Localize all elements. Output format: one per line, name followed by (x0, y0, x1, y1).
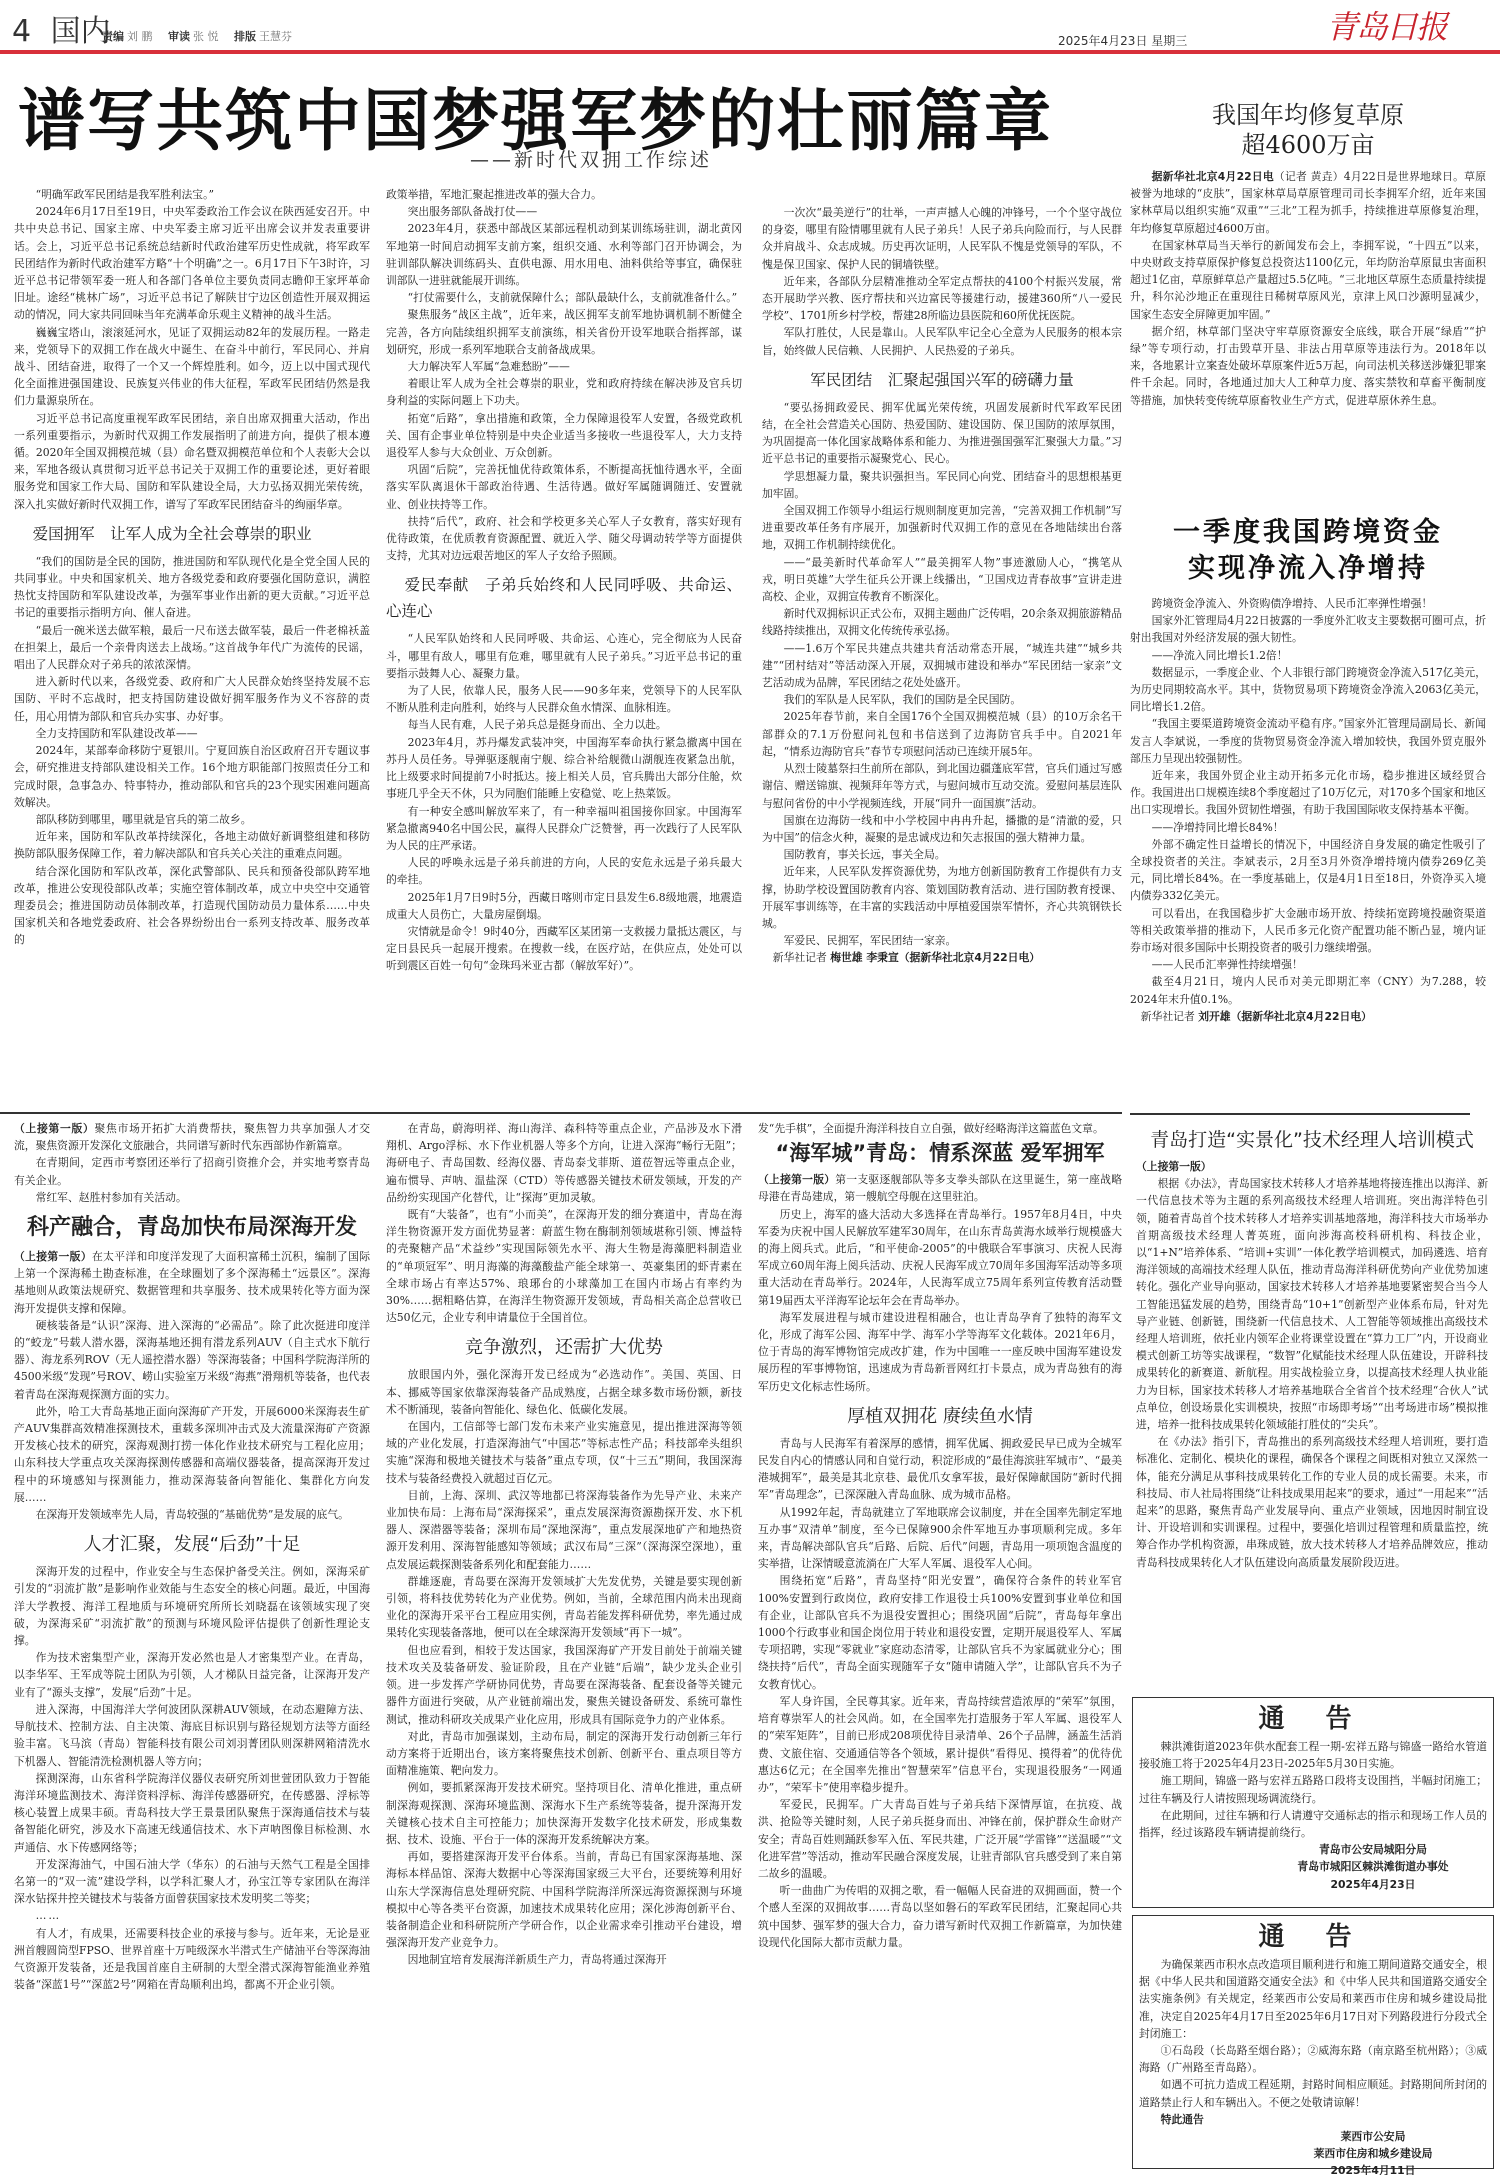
paragraph: “我国主要渠道跨境资金流动平稳有序。”国家外汇管理局副局长、新闻发言人李斌说，一… (1130, 715, 1486, 767)
paragraph: 2025年春节前，来自全国176个全国双拥模范城（县）的10万余名干部群众的7.… (762, 708, 1122, 760)
paragraph: 人民的呼唤永远是子弟兵前进的方向，人民的安危永远是子弟兵最大的牵挂。 (386, 854, 742, 888)
paragraph: ①石岛段（长岛路至烟台路）；②威海东路（南京路至杭州路）；③威海路（广州路至青岛… (1139, 2042, 1487, 2076)
paragraph: 部队移防到哪里，哪里就是官兵的第二故乡。 (14, 811, 370, 828)
paragraph: 近年来，国防和军队改革持续深化，各地主动做好新调整组建和移防换防部队服务保障工作… (14, 828, 370, 862)
paragraph: 但也应看到，相较于发达国家，我国深海矿产开发目前处于前端关键技术攻关及装备研发、… (386, 1642, 742, 1728)
deepsea-article-column-1: （上接第一版）聚焦市场开拓扩大消费帮扶，聚焦智力共享加强人才交流，聚焦资源开发深… (14, 1120, 370, 2170)
paragraph: （上接第一版）聚焦市场开拓扩大消费帮扶，聚焦智力共享加强人才交流，聚焦资源开发深… (14, 1120, 370, 1154)
byline-names: 刘开雄（据新华社北京4月22日电） (1198, 1010, 1372, 1023)
paragraph: “明确军政军民团结是我军胜利法宝。” (14, 186, 370, 203)
paragraph: 着眼让军人成为全社会尊崇的职业，党和政府持续在解决涉及官兵切身利益的实际问题上下… (386, 375, 742, 409)
paragraph: 巍巍宝塔山，滚滚延河水，见证了双拥运动82年的发展历程。一路走来，党领导下的双拥… (14, 324, 370, 410)
paragraph: “最后一碗米送去做军粮，最后一尺布送去做军装，最后一件老棉袄盖在担架上，最后一个… (14, 622, 370, 674)
dateline: 据新华社北京4月22日电 (1152, 170, 1274, 183)
paragraph: 扶持“后代”，政府、社会和学校更多关心军人子女教育，落实好现有优待政策，在优质教… (386, 513, 742, 565)
paragraph: 可以看出，在我国稳步扩大金融市场开放、持续拓宽跨境投融资渠道等相关政策举措的推动… (1130, 905, 1486, 957)
headline-line: 实现净流入净增持 (1130, 551, 1486, 587)
paragraph: 军队打胜仗，人民是靠山。人民军队牢记全心全意为人民服务的根本宗旨，始终做人民信赖… (762, 324, 1122, 358)
paragraph: 跨境资金净流入、外资购债净增持、人民币汇率弹性增强！ (1130, 595, 1486, 612)
paragraph: ——净增持同比增长84%！ (1130, 819, 1486, 836)
paragraph: 对此，青岛市加强谋划，主动布局，制定的深海开发行动创新三年行动方案将于近期出台，… (386, 1728, 742, 1780)
paragraph: 在青岛，蔚海明祥、海山海洋、森科特等重点企业，产品涉及水下滑翔机、Argo浮标、… (386, 1120, 742, 1206)
notice-title: 通 告 (1139, 1702, 1487, 1736)
paragraph: 海军发展进程与城市建设进程相融合，也让青岛孕育了独特的海军文化，形成了海军公园、… (758, 1309, 1122, 1395)
paragraph: 国旗在边海防一线和中小学校园中冉冉升起，播撒的是“清澈的爱，只为中国”的信念火种… (762, 812, 1122, 846)
subheading: 竞争激烈，还需扩大优势 (386, 1334, 742, 1362)
headline-line: 超4600万亩 (1130, 130, 1486, 160)
paragraph: 2024年6月17日至19日，中央军委政治工作会议在陕西延安召开。中共中央总书记… (14, 203, 370, 323)
paragraph: 施工期间，锦盛一路与宏祥五路路口段将支设围挡，半幅封闭施工；过往车辆及行人请按照… (1139, 1772, 1487, 1806)
paragraph: 此外，哈工大青岛基地正面向深海矿产开发，开展6000米深海表生矿产AUV集群高效… (14, 1403, 370, 1506)
paragraph: 为了人民，依靠人民，服务人民——90多年来，党领导下的人民军队不断从胜利走向胜利… (386, 682, 742, 716)
byline-names: 梅世雄 李秉宣（据新华社北京4月22日电） (830, 951, 1040, 964)
paragraph: 新时代双拥标识正式公布，双拥主题曲广泛传唱，20余条双拥旅游精品线路持续推出，双… (762, 605, 1122, 639)
continued-from-label: （上接第一版） (14, 1250, 92, 1263)
article-headline: 科产融合，青岛加快布局深海开发 (14, 1212, 370, 1244)
paragraph: ——人民币汇率弹性持续增强！ (1130, 956, 1486, 973)
paragraph: 如遇不可抗力造成工程延期，封路时间相应顺延。封路期间所封闭的道路禁止行人和车辆出… (1139, 2076, 1487, 2110)
paragraph: 巩固“后院”，完善抚恤优待政策体系，不断提高抚恤待遇水平，全面落实军队离退休干部… (386, 461, 742, 513)
staff-role: 责编 (102, 30, 124, 43)
paragraph: ——“最美新时代革命军人”“最美拥军人物”事迹激励人心，“携笔从戎，明日英雄”大… (762, 554, 1122, 606)
paragraph: 进入新时代以来，各级党委、政府和广大人民群众始终坚持发展不忘国防、平时不忘战时，… (14, 673, 370, 725)
paragraph: 青岛与人民海军有着深厚的感情，拥军优属、拥政爱民早已成为全城军民发自内心的情感认… (758, 1435, 1122, 1504)
paragraph: 大力解决军人军属“急难愁盼”—— (386, 358, 742, 375)
lead-article-column-2: 政策举措，军地汇聚起推进改革的强大合力。 突出服务部队备战打仗—— 2023年4… (386, 186, 742, 1096)
public-notice-laixi: 通 告 为确保莱西市积水点改造项目顺利进行和施工期间道路交通安全，根据《中华人民… (1132, 1915, 1494, 2169)
paragraph: 结合深化国防和军队改革，深化武警部队、民兵和预备役部队跨军地改革，推进公安现役部… (14, 863, 370, 949)
paragraph: 据新华社北京4月22日电（记者 黄垚）4月22日是世界地球日。草原被誉为地球的“… (1130, 168, 1486, 237)
notice-issuer: 莱西市公安局 (1139, 2128, 1487, 2145)
paragraph: 灾情就是命令！9时40分，西藏军区某团第一支救援力量抵达震区，与定日县民兵一起展… (386, 923, 742, 975)
notice-date: 2025年4月11日 (1139, 2162, 1487, 2175)
subheading: 厚植双拥花 赓续鱼水情 (758, 1403, 1122, 1431)
paragraph: 聚焦服务“战区主战”，近年来，战区拥军支前军地协调机制不断健全完善，各方向陆续组… (386, 306, 742, 358)
paragraph: 学思想凝力量，聚共识强担当。军民同心向党、团结奋斗的思想根基更加牢固。 (762, 468, 1122, 502)
subheading: 人才汇聚，发展“后劲”十足 (14, 1531, 370, 1559)
paragraph: 从烈士陵墓祭扫生前所在部队，到北国边疆蓬底军营，官兵们通过写感谢信、赠送锦旗、视… (762, 760, 1122, 812)
continued-from-label: （上接第一版） (14, 1122, 95, 1135)
paragraph: 近年来，我国外贸企业主动开拓多元化市场，稳步推进区域经贸合作。我国进出口规模连续… (1130, 767, 1486, 819)
paragraph: 放眼国内外，强化深海开发已经成为“必选动作”。美国、英国、日本、挪威等国家依靠深… (386, 1366, 742, 1418)
section-heading: 军民团结 汇聚起强国兴军的磅礴力量 (762, 367, 1122, 393)
paragraph: 军人身许国，全民尊其家。近年来，青岛持续营造浓厚的“荣军”氛围，培育尊崇军人的社… (758, 1693, 1122, 1796)
paragraph: 全国双拥工作领导小组运行规则制度更加完善，“完善双拥工作机制”写进重要改革任务有… (762, 502, 1122, 554)
paragraph: “我们的国防是全民的国防，推进国防和军队现代化是全党全国人民的共同事业。中央和国… (14, 553, 370, 622)
paragraph: 每当人民有难，人民子弟兵总是挺身而出、全力以赴。 (386, 716, 742, 733)
paragraph: 拓宽“后路”，拿出措施和政策，全力保障退役军人安置，各级党政机关、国有企事业单位… (386, 410, 742, 462)
staff-credits: 责编刘 鹏 审读张 悦 排版王慧芬 (102, 28, 304, 44)
notice-issuer: 莱西市住房和城乡建设局 (1139, 2145, 1487, 2162)
paragraph: 2023年4月，获悉中部战区某部远程机动到某训练场驻训，湖北黄冈军地第一时间启动… (386, 220, 742, 289)
paragraph: 发“先手棋”，全面提升海洋科技自立自强，做好经略海洋这篇蓝色文章。 (758, 1120, 1122, 1137)
paragraph: 习近平总书记高度重视军政军民团结，亲自出席双拥重大活动，作出一系列重要指示，为新… (14, 410, 370, 513)
paragraph: 作为技术密集型产业，深海开发必然也是人才密集型产业。在青岛，以李华军、王军成等院… (14, 1649, 370, 1701)
masthead: 4 国内 责编刘 鹏 审读张 悦 排版王慧芬 2025年4月23日 星期三 青岛… (0, 0, 1500, 50)
article-headline: 青岛打造“实景化”技术经理人培训模式 (1136, 1126, 1488, 1154)
paragraph: 为确保莱西市积水点改造项目顺利进行和施工期间道路交通安全，根据《中华人民共和国道… (1139, 1956, 1487, 2042)
article-byline: 新华社记者 刘开雄（据新华社北京4月22日电） (1130, 1008, 1486, 1025)
notice-closing: 特此通告 (1139, 2111, 1487, 2128)
paragraph: 在青期间，定西市考察团还举行了招商引资推介会，并实地考察青岛有关企业。 (14, 1154, 370, 1188)
paragraph: 深海开发的过程中，作业安全与生态保护备受关注。例如，深海采矿引发的“羽流扩散”是… (14, 1563, 370, 1649)
paragraph: 根据《办法》，青岛国家技术转移人才培养基地将接连推出以海洋、新一代信息技术等为主… (1136, 1175, 1488, 1433)
paragraph: 外部不确定性日益增长的情况下，中国经济自身发展的确定性吸引了全球投资者的关注。李… (1130, 836, 1486, 905)
section-heading: 爱国拥军 让军人成为全社会尊崇的职业 (14, 521, 370, 547)
continued-from-label: （上接第一版） (1136, 1158, 1488, 1175)
article-byline: 新华社记者 梅世雄 李秉宣（据新华社北京4月22日电） (762, 949, 1122, 966)
issue-date: 2025年4月23日 星期三 (1058, 32, 1187, 49)
staff-role: 审读 (168, 30, 190, 43)
paragraph: 2024年，某部奉命移防宁夏银川。宁夏回族自治区政府召开专题议事会，研究推进支持… (14, 742, 370, 811)
paragraph: 军爱民、民拥军，军民团结一家亲。 (762, 932, 1122, 949)
paragraph: 2023年4月，苏丹爆发武装冲突，中国海军奉命执行紧急撤离中国在苏丹人员任务。导… (386, 734, 742, 803)
paragraph: …… (14, 1907, 370, 1924)
staff-role: 排版 (234, 30, 256, 43)
notice-issuer: 青岛市城阳区棘洪滩街道办事处 (1139, 1858, 1487, 1875)
paragraph: “人民军队始终和人民同呼吸、共命运、心连心，完全彻底为人民奋斗，哪里有敌人，哪里… (386, 630, 742, 682)
paragraph: 一次次“最美逆行”的壮举，一声声撼人心魄的冲锋号，一个个坚守战位的身姿，哪里有险… (762, 204, 1122, 273)
paragraph: ——1.6万个军民共建点共建共育活动常态开展，“城连共建”“城乡共建”“团村结对… (762, 640, 1122, 692)
paragraph: 进入深海，中国海洋大学何波团队深耕AUV领域，在动态避障方法、导航技术、控制方法… (14, 1701, 370, 1770)
masthead-red-rule (0, 50, 1500, 54)
paragraph: 近年来，各部队分层精准推动全军定点帮扶的4100个村振兴发展，常态开展助学兴教、… (762, 273, 1122, 325)
paragraph: 政策举措，军地汇聚起推进改革的强大合力。 (386, 186, 742, 203)
grassland-article: 我国年均修复草原 超4600万亩 据新华社北京4月22日电（记者 黄垚）4月22… (1130, 100, 1486, 460)
paragraph: 有人才，有成果，还需要科技企业的承接与参与。近年来，无论是亚洲首艘圆筒型FPSO… (14, 1925, 370, 1994)
grassland-headline: 我国年均修复草原 超4600万亩 (1130, 100, 1486, 160)
lead-subheadline: ——新时代双拥工作综述 (470, 145, 712, 172)
paragraph: 在《办法》指引下，青岛推出的系列高级技术经理人培训班，要打造标准化、定制化、模块… (1136, 1433, 1488, 1571)
paragraph: 围绕拓宽“后路”，青岛坚持“阳光安置”，确保符合条件的转业军官100%安置到行政… (758, 1572, 1122, 1692)
paragraph: 全力支持国防和军队建设改革—— (14, 725, 370, 742)
section-heading: 爱民奉献 子弟兵始终和人民同呼吸、共命运、心连心 (386, 572, 742, 624)
notice-issuer: 青岛市公安局城阳分局 (1139, 1841, 1487, 1858)
paragraph: 2025年1月7日9时5分，西藏日喀则市定日县发生6.8级地震，地震造成重大人员… (386, 889, 742, 923)
continued-from-label: （上接第一版） (758, 1173, 835, 1186)
paragraph: 群雄逐鹿，青岛要在深海开发领域扩大先发优势，关键是要实现创新引领，将科技优势转化… (386, 1573, 742, 1642)
deepsea-article-column-2: 在青岛，蔚海明祥、海山海洋、森科特等重点企业，产品涉及水下滑翔机、Argo浮标、… (386, 1120, 742, 2170)
paragraph: 截至4月21日，境内人民币对美元即期汇率（CNY）为7.288，较2024年末升… (1130, 973, 1486, 1007)
public-notice-chengyang: 通 告 棘洪滩街道2023年供水配套工程一期-宏祥五路与锦盛一路给水管道接驳施工… (1132, 1697, 1494, 1908)
section-divider (1130, 1113, 1470, 1115)
page-section-label: 4 国内 (12, 6, 111, 50)
notice-title: 通 告 (1139, 1920, 1487, 1954)
paragraph: 数据显示，一季度企业、个人非银行部门跨境资金净流入517亿美元，为历史同期较高水… (1130, 664, 1486, 716)
paragraph: 从1992年起，青岛就建立了军地联席会议制度，并在全国率先制定军地互办事“双清单… (758, 1504, 1122, 1573)
capital-flows-headline: 一季度我国跨境资金 实现净流入净增持 (1130, 515, 1486, 587)
paragraph: 我们的军队是人民军队，我们的国防是全民国防。 (762, 691, 1122, 708)
paragraph: 硬核装备是“认识”深海、进入深海的“必需品”。除了此次挺进印度洋的“蛟龙”号载人… (14, 1317, 370, 1403)
paragraph: 军爱民，民拥军。广大青岛百姓与子弟兵结下深情厚谊，在抗疫、战洪、抢险等关键时刻，… (758, 1796, 1122, 1882)
paragraph: 在国内，工信部等七部门发布未来产业实施意见，提出推进深海等领域的产业化发展，打造… (386, 1418, 742, 1487)
paragraph: 在此期间，过往车辆和行人请遵守交通标志的指示和现场工作人员的指挥，经过该路段车辆… (1139, 1807, 1487, 1841)
paragraph: 常红军、赵胜村参加有关活动。 (14, 1189, 370, 1206)
paragraph: 听一曲曲广为传唱的双拥之歌，看一幅幅人民奋进的双拥画面，赞一个个感人至深的双拥故… (758, 1882, 1122, 1951)
section-divider (0, 1112, 1122, 1114)
lead-article-column-3: 一次次“最美逆行”的壮举，一声声撼人心魄的冲锋号，一个个坚守战位的身姿，哪里有险… (762, 204, 1122, 1104)
page-number: 4 (12, 14, 31, 49)
paragraph: （上接第一版）第一支驱逐舰部队等多支拳头部队在这里诞生，第一座战略母港在青岛建成… (758, 1171, 1122, 1205)
headline-line: 我国年均修复草原 (1130, 100, 1486, 130)
paragraph: “打仗需要什么，支前就保障什么；部队最缺什么，支前就准备什么。” (386, 289, 742, 306)
training-article: 青岛打造“实景化”技术经理人培训模式 （上接第一版） 根据《办法》，青岛国家技术… (1136, 1124, 1488, 1694)
paragraph: 再如，要搭建深海开发平台体系。当前，青岛已有国家深海基地、深海标本样品馆、深海大… (386, 1848, 742, 1951)
staff-name: 张 悦 (193, 30, 219, 43)
byline-prefix: 新华社记者 (773, 951, 827, 964)
byline-prefix: 新华社记者 (1141, 1010, 1195, 1023)
reporter: （记者 黄垚） (1274, 170, 1344, 183)
paragraph: （上接第一版）在太平洋和印度洋发现了大面积富稀土沉积，编制了国际上第一个深海稀土… (14, 1248, 370, 1317)
paragraph: 开发深海油气，中国石油大学（华东）的石油与天然气工程是全国排名第一的“双一流”建… (14, 1856, 370, 1908)
paragraph: 既有“大装备”，也有“小而美”，在深海开发的细分赛道中，青岛在海洋生物资源开发方… (386, 1206, 742, 1326)
navy-city-article: 发“先手棋”，全面提升海洋科技自立自强，做好经略海洋这篇蓝色文章。 “海军城”青… (758, 1120, 1122, 2170)
staff-name: 刘 鹏 (127, 30, 153, 43)
paragraph: 探测深海，山东省科学院海洋仪器仪表研究所刘世萱团队致力于智能海洋环境监测技术、海… (14, 1770, 370, 1856)
lead-article-column-1: “明确军政军民团结是我军胜利法宝。” 2024年6月17日至19日，中央军委政治… (14, 186, 370, 1096)
paragraph: 因地制宜培育发展海洋新质生产力，青岛将通过深海开 (386, 1951, 742, 1968)
capital-flows-article: 一季度我国跨境资金 实现净流入净增持 跨境资金净流入、外资购债净增持、人民币汇率… (1130, 515, 1486, 1100)
paragraph: 据介绍，林草部门坚决守牢草原资源安全底线，联合开展“绿盾”“护绿”等专项行动，打… (1130, 323, 1486, 409)
paragraph: 历史上，海军的盛大活动大多选择在青岛举行。1957年8月4日，中央军委为庆祝中国… (758, 1206, 1122, 1309)
newspaper-logo: 青岛日报 (1326, 2, 1446, 48)
paragraph: 近年来，人民军队发挥资源优势，为地方创新国防教育工作提供有力支撑，协助学校设置国… (762, 863, 1122, 932)
paragraph: 有一种安全感叫解放军来了，有一种幸福叫祖国接你回家。中国海军紧急撤离940名中国… (386, 803, 742, 855)
paragraph: “要弘扬拥政爱民、拥军优属光荣传统，巩固发展新时代军政军民团结，在全社会营造关心… (762, 399, 1122, 468)
paragraph: 目前，上海、深圳、武汉等地都已将深海装备作为先导产业、未来产业加快布局：上海布局… (386, 1487, 742, 1573)
staff-name: 王慧芬 (259, 30, 292, 43)
paragraph: 国家外汇管理局4月22日披露的一季度外汇收支主要数据可圈可点，折射出我国对外经济… (1130, 612, 1486, 646)
paragraph: ——净流入同比增长1.2倍！ (1130, 647, 1486, 664)
paragraph: 在深海开发领域率先人局，青岛较强的“基础优势”是发展的底气。 (14, 1506, 370, 1523)
paragraph: 棘洪滩街道2023年供水配套工程一期-宏祥五路与锦盛一路给水管道接驳施工将于20… (1139, 1738, 1487, 1772)
paragraph: 例如，要抓紧深海开发技术研究。坚持项目化、清单化推进，重点研制深海观探测、深海环… (386, 1779, 742, 1848)
article-headline: “海军城”青岛：情系深蓝 爱军拥军 (758, 1139, 1122, 1167)
notice-date: 2025年4月23日 (1139, 1876, 1487, 1893)
headline-line: 一季度我国跨境资金 (1130, 515, 1486, 551)
paragraph: 国防教育，事关长远，事关全局。 (762, 846, 1122, 863)
paragraph: 突出服务部队备战打仗—— (386, 203, 742, 220)
paragraph: 在国家林草局当天举行的新闻发布会上，李拥军说，“十四五”以来，中央财政支持草原保… (1130, 237, 1486, 323)
